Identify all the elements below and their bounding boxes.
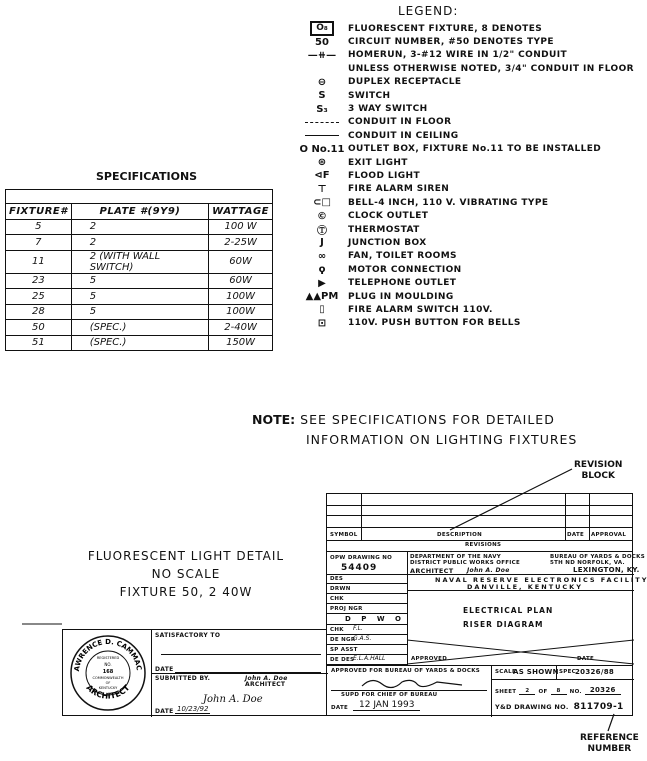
- architect-label: ARCHITECT: [410, 567, 453, 575]
- scale-value: AS SHOWN: [513, 668, 559, 676]
- plan-title-2: RISER DIAGRAM: [463, 620, 544, 629]
- svg-text:REGISTERED: REGISTERED: [97, 656, 120, 660]
- rev-description-header: DESCRIPTION: [437, 532, 482, 538]
- drawing-field: DE NGRG.A.S.: [327, 635, 407, 645]
- svg-text:NO.: NO.: [104, 662, 111, 667]
- svg-text:KENTUCKY: KENTUCKY: [99, 686, 118, 690]
- district-office: DISTRICT PUBLIC WORKS OFFICE: [410, 560, 520, 566]
- architect-city: LEXINGTON, KY.: [573, 566, 640, 574]
- svg-text:168: 168: [103, 669, 114, 675]
- submitted-by-label: SUBMITTED BY.: [155, 675, 210, 682]
- drawing-field: DRWN: [327, 584, 407, 594]
- architect-name: John A. Doe: [467, 567, 510, 574]
- date-label: DATE: [577, 656, 594, 662]
- facility-line-2: DANVILLE, KENTUCKY: [467, 583, 583, 591]
- yd-drawing: Y&D DRAWING NO. 811709-1: [495, 702, 624, 712]
- reference-number: 811709-1: [574, 702, 624, 712]
- supd-label: SUPD FOR CHIEF OF BUREAU: [341, 692, 437, 698]
- approved-label: APPROVED: [411, 656, 447, 662]
- approval-date-label: DATE: [331, 705, 348, 711]
- approval-date: 12 JAN 1993: [353, 700, 420, 711]
- drawing-field: DES: [327, 574, 407, 584]
- drawing-field: SP ASST: [327, 645, 407, 655]
- drawing-field: DE DESE.L.A.HALL: [327, 655, 407, 665]
- rev-date-header: DATE: [567, 532, 584, 538]
- spec-label: SPEC: [559, 669, 576, 675]
- satisfactory-to-label: SATISFACTORY TO: [155, 632, 220, 639]
- satisfactory-date-label: DATE: [155, 666, 174, 673]
- title-block: OPW DRAWING NO 54409 DEPARTMENT OF THE N…: [326, 551, 633, 716]
- bureau-signature: [357, 674, 467, 690]
- reference-number-callout: REFERENCE NUMBER: [580, 733, 639, 755]
- sheet-info: SHEET 2 OF 8 NO. 20326: [495, 686, 621, 695]
- drawing-field: D P W O: [327, 614, 407, 624]
- architect-signature: John A. Doe: [203, 694, 263, 705]
- revisions-block: SYMBOL DESCRIPTION DATE APPROVAL REVISIO…: [326, 493, 633, 552]
- fluorescent-light-detail: FLUORESCENT LIGHT DETAIL NO SCALE FIXTUR…: [70, 547, 302, 601]
- svg-text:COMMONWEALTH: COMMONWEALTH: [93, 676, 124, 680]
- seal-icon: LAWRENCE D. CAMMACK ARCHITECT REGISTERED…: [69, 634, 147, 712]
- architect-block: LAWRENCE D. CAMMACK ARCHITECT REGISTERED…: [62, 629, 327, 716]
- drawing-field: CHKF.L.: [327, 625, 407, 635]
- drawing-field: PROJ NGR: [327, 604, 407, 614]
- rev-approval-header: APPROVAL: [591, 532, 626, 538]
- submitted-date-label: DATE: [155, 708, 174, 715]
- rev-symbol-header: SYMBOL: [330, 532, 358, 538]
- plan-title-1: ELECTRICAL PLAN: [463, 606, 553, 615]
- opw-drawing-no: 54409: [341, 563, 377, 573]
- spec-value: 20326/88: [575, 668, 614, 676]
- submitted-date: 10/23/92: [175, 705, 210, 714]
- drawing-fields: DESDRWNCHKPROJ NGRD P W OCHKF.L.DE NGRG.…: [327, 574, 407, 665]
- revisions-caption: REVISIONS: [465, 542, 501, 548]
- drawing-field: CHK: [327, 594, 407, 604]
- architect-seal: LAWRENCE D. CAMMACK ARCHITECT REGISTERED…: [69, 634, 147, 712]
- opw-drawing-no-label: OPW DRAWING NO: [330, 555, 392, 561]
- submitted-title: ARCHITECT: [245, 681, 285, 688]
- svg-text:OF: OF: [106, 681, 111, 685]
